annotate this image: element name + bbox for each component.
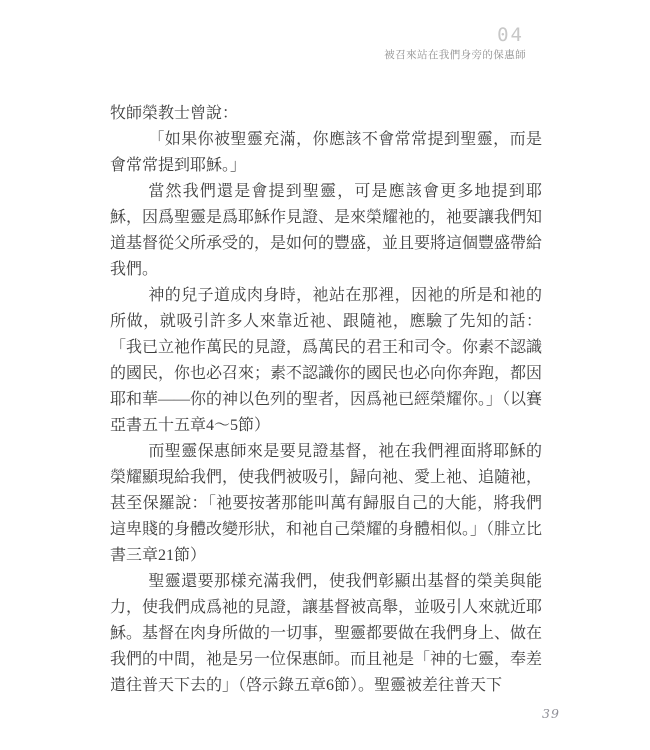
chapter-title: 被召來站在我們身旁的保惠師 — [384, 49, 526, 62]
body-text: 牧師榮教士曾說： 「如果你被聖靈充滿，你應該不會常常提到聖靈，而是會常常提到耶穌… — [110, 101, 542, 699]
paragraph-speaker-intro: 牧師榮教士曾說： — [110, 101, 542, 127]
chapter-number: 04 — [384, 26, 524, 45]
paragraph-body-3: 而聖靈保惠師來是要見證基督，祂在我們裡面將耶穌的榮耀顯現給我們，使我們被吸引，歸… — [110, 439, 542, 569]
paragraph-quote: 「如果你被聖靈充滿，你應該不會常常提到聖靈，而是會常常提到耶穌。」 — [110, 127, 542, 179]
page-number: 39 — [542, 706, 560, 721]
book-page: 04 被召來站在我們身旁的保惠師 牧師榮教士曾說： 「如果你被聖靈充滿，你應該不… — [0, 0, 650, 750]
paragraph-body-4: 聖靈還要那樣充滿我們，使我們彰顯出基督的榮美與能力，使我們成爲祂的見證，讓基督被… — [110, 569, 542, 699]
paragraph-body-2: 神的兒子道成肉身時，祂站在那裡，因祂的所是和祂的所做，就吸引許多人來靠近祂、跟隨… — [110, 283, 542, 439]
paragraph-body-1: 當然我們還是會提到聖靈，可是應該會更多地提到耶穌，因爲聖靈是爲耶穌作見證、是來榮… — [110, 179, 542, 283]
page-header: 04 被召來站在我們身旁的保惠師 — [384, 26, 526, 62]
